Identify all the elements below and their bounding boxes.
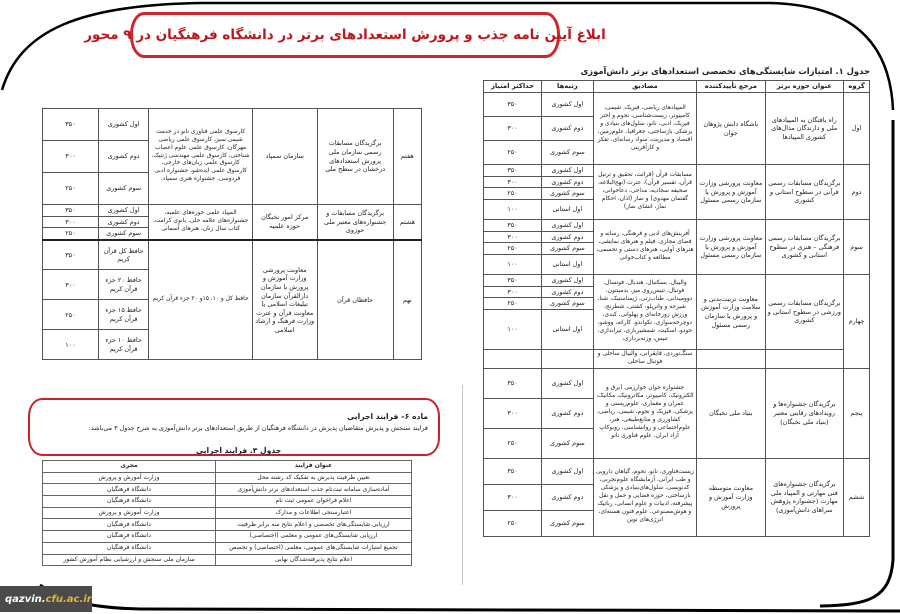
table-row: اعلام نتایج پذیرفته‌شدگان نهاییسازمان مل… [43,554,412,566]
rank-cell: سوم کشوری [98,228,149,240]
score-cell: ۳۰۰ [43,270,99,300]
table-row: نهم حافظان قرآن معاونت پرورشی وزارت آموز… [43,240,422,270]
table-row: اعتبارسنجی اطلاعات و مدارکوزارت آموزش و … [43,507,412,519]
table-row: تجمیع امتیازات شایستگی‌های عمومی، معلمی … [43,542,412,554]
page-title: ابلاغ آیین نامه جذب و پرورش استعدادهای ب… [84,27,605,43]
group-cell: سوم [844,220,870,275]
header-items: مصادیق [593,81,696,93]
score-cell-empty [484,349,542,368]
executor-cell: وزارت آموزش و پرورش [43,507,216,519]
table-header-row: گروه عنوان حوزه برتر مرجع تأییدکننده مصا… [484,81,870,93]
rank-cell: اول کشوری [98,109,149,141]
score-cell: ۳۰۰ [484,484,542,510]
items-cell: حافظ کل و ۱۰، ۱۵و ۲۰ جزء قرآن کریم [149,240,252,360]
title-banner: ابلاغ آیین نامه جذب و پرورش استعدادهای ب… [130,12,560,58]
rank-cell: اول استانی [541,309,593,349]
rank-cell: اول کشوری [541,458,593,484]
rank-cell: دوم کشوری [541,286,593,298]
field-cell-empty [765,349,844,368]
items-cell: آفرینش‌های ادبی و فرهنگی، رسانه و فضای م… [593,220,696,275]
reference-cell: معاونت متوسطه وزارت آموزش و پرورش [697,458,765,536]
rank-cell: اول کشوری [541,93,593,117]
rank-cell: سوم کشوری [541,188,593,200]
group-cell: دوم [844,165,870,220]
rank-cell: دوم کشوری [541,231,593,243]
executor-cell: دانشگاه فرهنگیان [43,531,216,543]
field-cell: برگزیدگان مسابقات رسمی فرهنگی – هنری در … [765,220,844,275]
rank-cell: اول استانی [541,200,593,220]
rank-cell: دوم کشوری [541,398,593,428]
table-row: هفتم برگزیدگان مسابقات رسمی سازمان ملی پ… [43,109,422,141]
table-row: تعیین ظرفیت پذیرش به تفکیک کد رشته محلوز… [43,472,412,484]
table-row: دوم برگزیدگان مسابقات رسمی قرآنی در سطوح… [484,165,870,177]
table1-specialized-competencies: گروه عنوان حوزه برتر مرجع تأییدکننده مصا… [483,80,870,537]
score-cell: ۱۰۰ [484,200,542,220]
rank-cell: اول کشوری [541,165,593,177]
score-cell: ۳۰۰ [484,286,542,298]
table-row: سنگ‌نوردی، قایقرانی، والیبال ساحلی و فوت… [484,349,870,368]
reference-cell: معاونت تربیت‌بدنی و سلامت وزارت آموزش و … [697,275,765,350]
reference-cell: معاونت پرورشی وزارت آموزش و پرورش یا ساز… [252,240,317,360]
table-row: آماده‌سازی سامانه ثبت‌نام جذب استعدادهای… [43,484,412,496]
items-cell: المپیاد علمی حوزه‌های علمیه، جشنواره‌های… [149,205,252,240]
score-cell: ۳۰۰ [43,216,99,228]
table-row: چهارم برگزیدگان مسابقات رسمی ورزشی در سط… [484,275,870,287]
rank-cell: دوم کشوری [541,117,593,141]
executor-cell: دانشگاه فرهنگیان [43,496,216,508]
rank-cell: سوم کشوری [541,243,593,255]
score-cell: ۱۰۰ [43,330,99,360]
score-cell: ۳۵۰ [484,275,542,287]
score-cell: ۲۵۰ [484,188,542,200]
score-cell: ۳۰۰ [484,176,542,188]
process-title-cell: اعتبارسنجی اطلاعات و مدارک [216,507,412,519]
reference-cell: بنیاد ملی نخبگان [697,368,765,458]
score-cell: ۲۵۰ [484,243,542,255]
score-cell: ۳۵۰ [43,205,99,217]
header-group: گروه [844,81,870,93]
items-cell: کارسوق علمی فناوری نانو در خدمت شیمی سبز… [149,109,252,205]
header-field: عنوان حوزه برتر [765,81,844,93]
table-header-row: عنوان فرایند مجری [43,461,412,473]
score-cell: ۳۵۰ [484,458,542,484]
rank-cell: دوم کشوری [98,141,149,173]
rank-cell: اول کشوری [541,368,593,398]
table1-continuation: هفتم برگزیدگان مسابقات رسمی سازمان ملی پ… [42,108,422,360]
rank-cell: سوم کشوری [98,173,149,205]
group-cell: هشتم [393,205,421,240]
group-cell: هفتم [393,109,421,205]
score-cell: ۳۵۰ [43,240,99,270]
executor-cell: دانشگاه فرهنگیان [43,542,216,554]
score-cell: ۲۵۰ [43,228,99,240]
group-cell: پنجم [844,368,870,458]
score-cell: ۳۵۰ [484,220,542,232]
table-row: سوم برگزیدگان مسابقات رسمی فرهنگی – هنری… [484,220,870,232]
score-cell: ۲۵۰ [484,141,542,165]
watermark-text-suffix: cfu.ac.ir [46,594,92,605]
items-cell: والیبال، بسکتبال، هندبال، فوتسال، فوتبال… [593,275,696,350]
items-cell-extra: سنگ‌نوردی، قایقرانی، والیبال ساحلی و فوت… [593,349,696,368]
header-reference: مرجع تأییدکننده [697,81,765,93]
score-cell: ۳۵۰ [484,93,542,117]
rank-cell: دوم کشوری [541,484,593,510]
executor-cell: دانشگاه فرهنگیان [43,484,216,496]
process-title-cell: ارزیابی شایستگی‌های تخصصی و اعلام نتایج … [216,519,412,531]
items-cell: مسابقات قرآن (قرائت، تحقیق و ترتیل قرآن،… [593,165,696,220]
table1-caption: جدول ۱. امتیازات شایستگی‌های تخصصی استعد… [581,66,870,76]
watermark-text-domain: qazvin. [5,594,46,605]
table-row: ششم برگزیدگان جشنواره‌های فنی مهارتی و ا… [484,458,870,484]
table-row: اول راه یافتگان به المپیادهای ملی و دارن… [484,93,870,117]
rank-cell: حافظ ۱۵ جزء قرآن کریم [98,300,149,330]
article-title: ماده ۶– فرایند اجرایی [40,412,428,421]
reference-cell: باشگاه دانش پژوهان جوان [697,93,765,165]
table-row: هشتم برگزیدگان مسابقات و جشنواره‌های معت… [43,205,422,217]
executor-cell: سازمان ملی سنجش و ارزشیابی نظام آموزش کش… [43,554,216,566]
score-cell: ۳۰۰ [43,141,99,173]
executor-cell: وزارت آموزش و پرورش [43,472,216,484]
reference-cell: مرکز امور نخبگان حوزه علمیه [252,205,317,240]
rank-cell: حافظ ۱۰ جزء قرآن کریم [98,330,149,360]
rank-cell: سوم کشوری [541,298,593,310]
header-process-title: عنوان فرایند [216,461,412,473]
items-cell: زیست‌فناوری، نانو، نجوم، گیاهان دارویی و… [593,458,696,536]
rank-cell: اول استانی [541,255,593,275]
process-title-cell: تجمیع امتیازات شایستگی‌های عمومی، معلمی … [216,542,412,554]
table-row: ارزیابی شایستگی‌های عمومی و معلمی (اختصا… [43,531,412,543]
score-cell: ۲۵۰ [484,428,542,458]
rank-cell: دوم کشوری [541,176,593,188]
field-cell: برگزیدگان مسابقات و جشنواره‌های معتبر مل… [317,205,393,240]
table-row: ارزیابی شایستگی‌های تخصصی و اعلام نتایج … [43,519,412,531]
reference-cell: معاونت پرورشی وزارت آموزش و پرورش یا ساز… [697,165,765,220]
score-cell: ۳۵۰ [484,368,542,398]
table-row: پنجم برگزیدگان جشنواره‌ها و رویدادهای رق… [484,368,870,398]
score-cell: ۳۰۰ [484,117,542,141]
rank-cell: دوم کشوری [98,216,149,228]
score-cell: ۲۵۰ [484,298,542,310]
column-divider [462,385,463,585]
rank-cell: سوم کشوری [541,428,593,458]
score-cell: ۳۵۰ [43,109,99,141]
rank-cell: اول کشوری [98,205,149,217]
score-cell: ۲۵۰ [484,510,542,536]
rank-cell: سوم کشوری [541,510,593,536]
table3-executive-process: عنوان فرایند مجری تعیین ظرفیت پذیرش به ت… [42,460,412,566]
field-cell: برگزیدگان مسابقات رسمی سازمان ملی پرورش … [317,109,393,205]
rank-cell: اول کشوری [541,220,593,232]
header-ranks: رتبه‌ها [541,81,593,93]
process-title-cell: اعلام نتایج پذیرفته‌شدگان نهایی [216,554,412,566]
executor-cell: دانشگاه فرهنگیان [43,519,216,531]
site-watermark: qazvin.cfu.ac.ir [0,586,92,612]
field-cell: راه یافتگان به المپیادهای ملی و دارندگان… [765,93,844,165]
score-cell: ۲۵۰ [43,300,99,330]
items-cell: المپیادهای ریاضی، فیزیک، شیمی، کامپیوتر،… [593,93,696,165]
rank-cell: حافظ ۲۰ جزء قرآن کریم [98,270,149,300]
process-title-cell: آماده‌سازی سامانه ثبت‌نام جذب استعدادهای… [216,484,412,496]
field-cell: برگزیدگان جشنواره‌های فنی مهارتی و المپی… [765,458,844,536]
score-cell: ۳۰۰ [484,398,542,428]
reference-cell: سازمان سمپاد [252,109,317,205]
group-cell: اول [844,93,870,165]
table3-caption: جدول ۳. فرایند اجرایی [196,446,281,455]
header-executor: مجری [43,461,216,473]
header-max-score: حداکثر امتیاز [484,81,542,93]
process-title-cell: تعیین ظرفیت پذیرش به تفکیک کد رشته محل [216,472,412,484]
table-row: اعلام فراخوان عمومی ثبت نامدانشگاه فرهنگ… [43,496,412,508]
score-cell: ۳۰۰ [484,231,542,243]
score-cell: ۱۰۰ [484,309,542,349]
process-title-cell: ارزیابی شایستگی‌های عمومی و معلمی (اختصا… [216,531,412,543]
rank-cell-empty [541,349,593,368]
field-cell: برگزیدگان مسابقات رسمی قرآنی در سطوح است… [765,165,844,220]
article-body: فرایند سنجش و پذیرش متقاضیان پذیرش در دا… [40,424,428,432]
field-cell: حافظان قرآن [317,240,393,360]
rank-cell: حافظ کل قرآن کریم [98,240,149,270]
score-cell: ۳۵۰ [484,165,542,177]
group-cell: چهارم [844,275,870,369]
rank-cell: اول کشوری [541,275,593,287]
field-cell: برگزیدگان جشنواره‌ها و رویدادهای رقابتی … [765,368,844,458]
reference-cell-empty [697,349,765,368]
score-cell: ۱۰۰ [484,255,542,275]
group-cell: ششم [844,458,870,536]
reference-cell: معاونت پرورشی وزارت آموزش و پرورش یا ساز… [697,220,765,275]
score-cell: ۲۵۰ [43,173,99,205]
items-cell: جشنواره جوان خوارزمی (برق و الکترونیک، ک… [593,368,696,458]
process-title-cell: اعلام فراخوان عمومی ثبت نام [216,496,412,508]
field-cell: برگزیدگان مسابقات رسمی ورزشی در سطوح است… [765,275,844,350]
group-cell: نهم [393,240,421,360]
rank-cell: سوم کشوری [541,141,593,165]
